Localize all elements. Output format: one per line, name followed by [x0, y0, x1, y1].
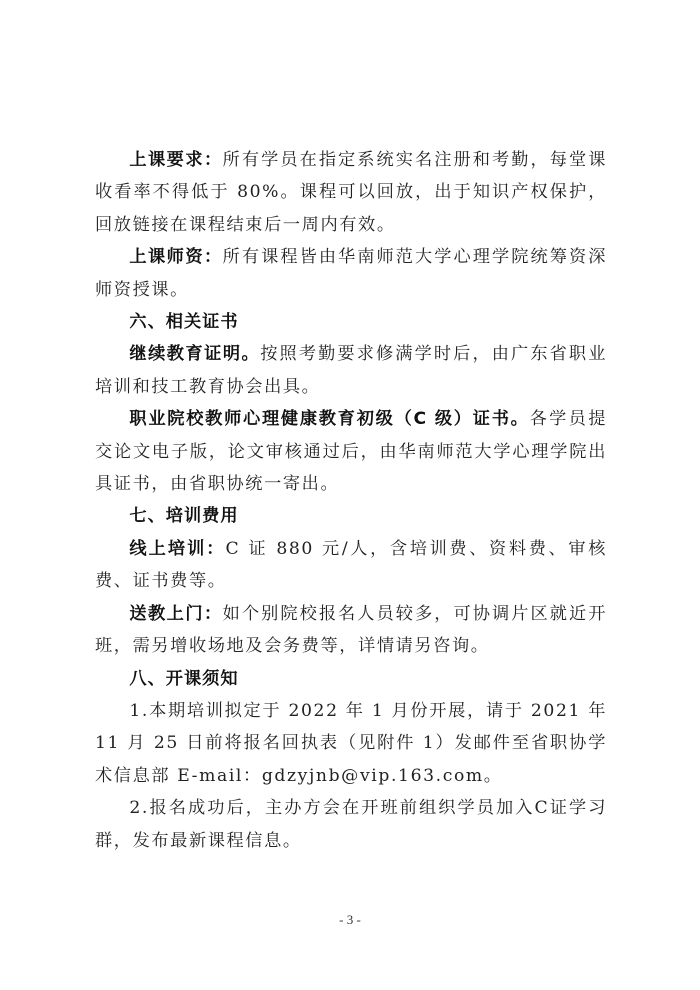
paragraph-class-requirements: 上课要求：所有学员在指定系统实名注册和考勤，每堂课收看率不得低于 80%。课程可… — [95, 144, 607, 241]
paragraph-onsite-training: 送教上门：如个别院校报名人员较多，可协调片区就近开班，需另增收场地及会务费等，详… — [95, 598, 607, 663]
document-page: 上课要求：所有学员在指定系统实名注册和考勤，每堂课收看率不得低于 80%。课程可… — [95, 144, 607, 857]
label-c-certificate: 职业院校教师心理健康教育初级（C 级）证书。 — [129, 409, 529, 429]
paragraph-notice-1: 1.本期培训拟定于 2022 年 1 月份开展，请于 2021 年 11 月 2… — [95, 695, 607, 792]
paragraph-continuing-education: 继续教育证明。按照考勤要求修满学时后，由广东省职业培训和技工教育协会出具。 — [95, 338, 607, 403]
page-number: - 3 - — [0, 912, 700, 928]
label-teachers: 上课师资： — [129, 247, 222, 267]
section-heading-fees: 七、培训费用 — [95, 500, 607, 532]
section-heading-certificates: 六、相关证书 — [95, 306, 607, 338]
paragraph-online-training: 线上培训：C 证 880 元/人，含培训费、资料费、审核费、证书费等。 — [95, 533, 607, 598]
paragraph-notice-2: 2.报名成功后，主办方会在开班前组织学员加入C证学习群，发布最新课程信息。 — [95, 792, 607, 857]
paragraph-c-certificate: 职业院校教师心理健康教育初级（C 级）证书。各学员提交论文电子版，论文审核通过后… — [95, 403, 607, 500]
label-continuing-education: 继续教育证明。 — [129, 344, 260, 364]
paragraph-teachers: 上课师资：所有课程皆由华南师范大学心理学院统筹资深师资授课。 — [95, 241, 607, 306]
section-heading-notice: 八、开课须知 — [95, 663, 607, 695]
label-class-requirements: 上课要求： — [129, 150, 222, 170]
label-online-training: 线上培训： — [129, 539, 225, 559]
label-onsite-training: 送教上门： — [129, 604, 222, 624]
